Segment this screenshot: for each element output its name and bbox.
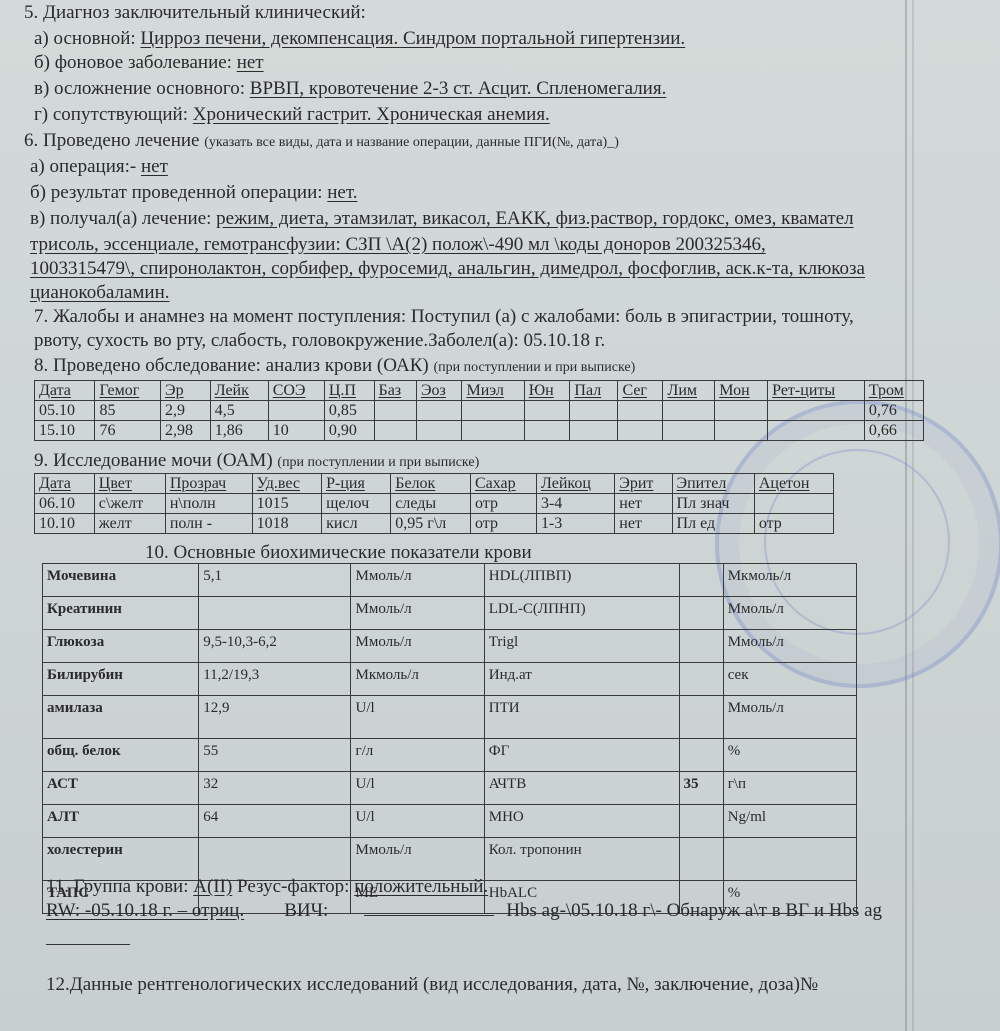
table-cell: желт (94, 514, 165, 534)
table-cell (374, 401, 416, 421)
table-cell: Кол. тропонин (484, 838, 679, 881)
table-cell: Ацетон (754, 474, 833, 494)
table-cell: следы (391, 494, 471, 514)
document-page: 5. Диагноз заключительный клинический: а… (0, 0, 1000, 1031)
table-cell (768, 401, 865, 421)
table-cell (663, 421, 715, 441)
table-cell: LDL-C(ЛПНП) (484, 597, 679, 630)
diagnosis-main: а) основной: Цирроз печени, декомпенсаци… (34, 28, 685, 50)
treatment-received-cont: цианокобаламин. (30, 282, 170, 304)
table-cell: Глюкоза (43, 630, 199, 663)
table-cell: 1015 (252, 494, 321, 514)
table-cell: 06.10 (35, 494, 95, 514)
table-header-row: ДатаГемогЭрЛейкСОЭЦ.ПБазЭозМиэлЮнПалСегЛ… (35, 381, 924, 401)
table-cell: 35 (679, 772, 723, 805)
table-header-row: ДатаЦветПрозрачУд.весР-цияБелокСахарЛейк… (35, 474, 834, 494)
xray-title: 12.Данные рентгенологических исследовани… (46, 974, 818, 996)
table-cell: Ммоль/л (351, 564, 484, 597)
table-cell: Сахар (470, 474, 536, 494)
diagnosis-title: 5. Диагноз заключительный клинический: (24, 2, 366, 24)
table-cell (462, 421, 524, 441)
table-cell: Баз (374, 381, 416, 401)
table-cell: г\п (723, 772, 856, 805)
treatment-received-cont: 1003315479\, спиронолактон, сорбифер, фу… (30, 258, 865, 280)
table-cell (416, 421, 462, 441)
table-cell: Дата (35, 474, 95, 494)
table-cell: АЧТВ (484, 772, 679, 805)
blood-group-line: 11. Группа крови: A(II) Резус-фактор: по… (46, 876, 488, 898)
table-cell: отр (470, 494, 536, 514)
treatment-operation-result: б) результат проведенной операции: нет. (30, 182, 358, 204)
table-cell (462, 401, 524, 421)
table-cell (768, 421, 865, 441)
table-cell: 12,9 (199, 696, 351, 739)
blood-test-row: 15.10762,981,86100,900,66 (35, 421, 924, 441)
table-cell: щелоч (322, 494, 391, 514)
table-cell (618, 401, 663, 421)
urine-test-row: 10.10желтполн -1018кисл0,95 г\лотр1-3нет… (35, 514, 834, 534)
table-cell (679, 564, 723, 597)
table-cell: U/l (351, 696, 484, 739)
table-cell: Уд.вес (252, 474, 321, 494)
diagnosis-complication: в) осложнение основного: ВРВП, кровотече… (34, 78, 666, 100)
table-cell: 0,95 г\л (391, 514, 471, 534)
table-cell: 0,76 (864, 401, 923, 421)
table-cell (679, 838, 723, 881)
table-cell: Мкмоль/л (723, 564, 856, 597)
table-cell: Инд.ат (484, 663, 679, 696)
table-cell: HDL(ЛПВП) (484, 564, 679, 597)
table-cell: 2,98 (161, 421, 211, 441)
table-cell: Миэл (462, 381, 524, 401)
table-cell: Пал (570, 381, 618, 401)
table-cell: общ. белок (43, 739, 199, 772)
table-cell (679, 805, 723, 838)
diagnosis-concomitant: г) сопутствующий: Хронический гастрит. Х… (34, 104, 550, 126)
table-cell (618, 421, 663, 441)
table-cell (199, 597, 351, 630)
table-cell: Прозрач (165, 474, 252, 494)
table-cell: U/l (351, 772, 484, 805)
table-cell: Trigl (484, 630, 679, 663)
treatment-title: 6. Проведено лечение (указать все виды, … (24, 130, 619, 154)
diagnosis-background: б) фоновое заболевание: нет (34, 52, 264, 74)
table-cell: АСТ (43, 772, 199, 805)
table-cell (679, 739, 723, 772)
table-cell (754, 494, 833, 514)
table-cell: кисл (322, 514, 391, 534)
table-cell: амилаза (43, 696, 199, 739)
blank-line (46, 944, 130, 945)
table-cell (663, 401, 715, 421)
table-cell: 0,85 (324, 401, 374, 421)
table-cell: Ммоль/л (723, 597, 856, 630)
table-cell: 1-3 (536, 514, 614, 534)
biochem-row: Глюкоза9,5-10,3-6,2Ммоль/лTriglМмоль/л (43, 630, 857, 663)
table-cell: 55 (199, 739, 351, 772)
table-cell: Белок (391, 474, 471, 494)
table-cell: Лейк (210, 381, 268, 401)
table-cell: 05.10 (35, 401, 95, 421)
table-cell: % (723, 739, 856, 772)
table-cell (524, 401, 570, 421)
table-cell: ПТИ (484, 696, 679, 739)
table-cell: Эоз (416, 381, 462, 401)
table-cell: отр (470, 514, 536, 534)
table-cell: Билирубин (43, 663, 199, 696)
table-cell: ФГ (484, 739, 679, 772)
table-cell: 5,1 (199, 564, 351, 597)
table-cell: Пл ед (672, 514, 754, 534)
table-cell: Пл знач (672, 494, 754, 514)
table-cell: Эпител (672, 474, 754, 494)
table-cell (679, 630, 723, 663)
table-cell: 15.10 (35, 421, 95, 441)
urine-test-table: ДатаЦветПрозрачУд.весР-цияБелокСахарЛейк… (34, 473, 834, 534)
table-cell: 64 (199, 805, 351, 838)
treatment-received-cont: трисоль, эссенциале, гемотрансфузии: СЗП… (30, 234, 766, 256)
table-cell: 1018 (252, 514, 321, 534)
table-cell (715, 421, 768, 441)
table-cell: Эрит (615, 474, 672, 494)
table-cell: с\желт (94, 494, 165, 514)
table-cell: Лим (663, 381, 715, 401)
rw-hiv-line: RW: -05.10.18 г. – отриц.ВИЧ:Hbs ag-\05.… (46, 900, 882, 922)
table-cell: Юн (524, 381, 570, 401)
table-cell: 85 (95, 401, 161, 421)
table-cell: Гемог (95, 381, 161, 401)
biochem-row: холестеринМмоль/лКол. тропонин (43, 838, 857, 881)
table-cell: 10 (268, 421, 324, 441)
table-cell (679, 696, 723, 739)
table-cell: отр (754, 514, 833, 534)
biochem-row: АЛТ64U/lМНОNg/ml (43, 805, 857, 838)
table-cell (374, 421, 416, 441)
biochem-row: амилаза12,9U/lПТИМмоль/л (43, 696, 857, 739)
table-cell (715, 401, 768, 421)
table-cell: нет (615, 514, 672, 534)
table-cell (570, 421, 618, 441)
table-cell: холестерин (43, 838, 199, 881)
biochem-row: КреатининМмоль/лLDL-C(ЛПНП)Ммоль/л (43, 597, 857, 630)
table-cell: Тром (864, 381, 923, 401)
table-cell: Ммоль/л (723, 696, 856, 739)
table-cell: Мкмоль/л (351, 663, 484, 696)
biochem-row: АСТ32U/lАЧТВ35г\п (43, 772, 857, 805)
table-cell (723, 838, 856, 881)
table-cell (524, 421, 570, 441)
table-cell: МНО (484, 805, 679, 838)
urine-test-row: 06.10с\желтн\полн1015щелочследыотр3-4нет… (35, 494, 834, 514)
treatment-operation: а) операция:- нет (30, 156, 168, 178)
table-cell: 0,66 (864, 421, 923, 441)
table-cell: 10.10 (35, 514, 95, 534)
table-cell: Ммоль/л (351, 838, 484, 881)
table-cell (570, 401, 618, 421)
complaints-line: рвоту, сухость во рту, слабость, головок… (34, 330, 605, 352)
table-cell: Дата (35, 381, 95, 401)
table-cell: Лейкоц (536, 474, 614, 494)
table-cell: Р-ция (322, 474, 391, 494)
table-cell: Ммоль/л (351, 630, 484, 663)
blood-test-row: 05.10852,94,50,850,76 (35, 401, 924, 421)
table-cell: Ммоль/л (351, 597, 484, 630)
table-cell: 4,5 (210, 401, 268, 421)
table-cell: 1,86 (210, 421, 268, 441)
table-cell: 76 (95, 421, 161, 441)
table-cell: Ммоль/л (723, 630, 856, 663)
table-cell: сек (723, 663, 856, 696)
table-cell: Ц.П (324, 381, 374, 401)
table-cell: нет (615, 494, 672, 514)
table-cell (199, 838, 351, 881)
table-cell: Мочевина (43, 564, 199, 597)
table-cell: Рет-циты (768, 381, 865, 401)
table-cell (679, 663, 723, 696)
table-cell: 2,9 (161, 401, 211, 421)
blood-test-table: ДатаГемогЭрЛейкСОЭЦ.ПБазЭозМиэлЮнПалСегЛ… (34, 380, 924, 441)
table-cell: 32 (199, 772, 351, 805)
table-cell: 3-4 (536, 494, 614, 514)
table-cell: 9,5-10,3-6,2 (199, 630, 351, 663)
table-cell: полн - (165, 514, 252, 534)
blood-test-title: 8. Проведено обследование: анализ крови … (34, 355, 635, 379)
table-cell: г/л (351, 739, 484, 772)
treatment-received: в) получал(а) лечение: режим, диета, эта… (30, 208, 854, 230)
table-cell: СОЭ (268, 381, 324, 401)
biochem-row: Мочевина5,1Ммоль/лHDL(ЛПВП)Мкмоль/л (43, 564, 857, 597)
table-cell (416, 401, 462, 421)
table-cell (268, 401, 324, 421)
table-cell: АЛТ (43, 805, 199, 838)
table-cell: Ng/ml (723, 805, 856, 838)
biochem-title: 10. Основные биохимические показатели кр… (145, 542, 532, 564)
table-cell: н\полн (165, 494, 252, 514)
biochem-table: Мочевина5,1Ммоль/лHDL(ЛПВП)Мкмоль/лКреат… (42, 563, 857, 914)
urine-test-title: 9. Исследование мочи (ОАМ) (при поступле… (34, 450, 479, 474)
table-cell: 11,2/19,3 (199, 663, 351, 696)
table-cell: 0,90 (324, 421, 374, 441)
table-cell: Мон (715, 381, 768, 401)
table-cell (679, 597, 723, 630)
table-cell: Сег (618, 381, 663, 401)
biochem-row: общ. белок55г/лФГ% (43, 739, 857, 772)
biochem-row: Билирубин11,2/19,3Мкмоль/лИнд.атсек (43, 663, 857, 696)
table-cell: U/l (351, 805, 484, 838)
table-cell: Эр (161, 381, 211, 401)
table-cell: Креатинин (43, 597, 199, 630)
table-cell: Цвет (94, 474, 165, 494)
complaints-line: 7. Жалобы и анамнез на момент поступлени… (34, 306, 854, 328)
